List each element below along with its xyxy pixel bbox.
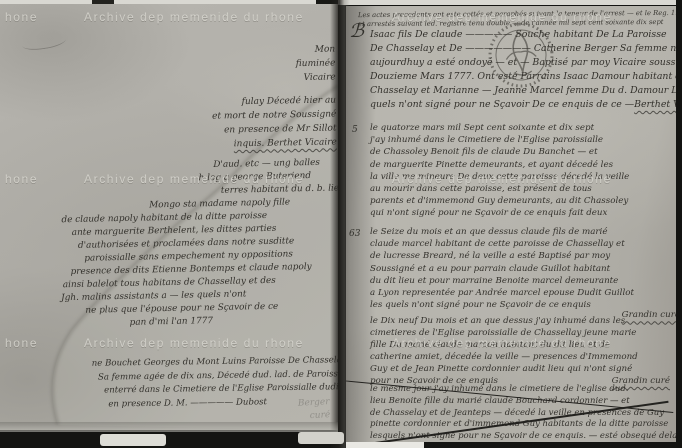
handwriting-line: de lucresse Breard, né la veille a esté … xyxy=(370,250,676,262)
left-marriage-record: D'aud. etc — ung balles h log a george B… xyxy=(0,157,338,333)
margin-initial: ℬ xyxy=(349,24,364,38)
handwriting-line: fille Du marié claude marcon habitant du… xyxy=(370,339,676,351)
handwriting-line: quels n'ont signé pour ne Sçavoir De ce … xyxy=(370,98,634,112)
backing-highlight xyxy=(100,434,166,446)
handwriting-line: du dit lieu et pour marraine Benoite mar… xyxy=(370,275,676,287)
handwriting-line: Soussigné et a eu pour parrain claude Gu… xyxy=(370,263,676,275)
handwriting-line: j'ay inhumé dans le Cimetiere de l'Eglis… xyxy=(370,134,676,146)
book-gutter-shadow xyxy=(330,0,350,448)
burial-record: 5 le quatorze mars mil Sept cent soixant… xyxy=(346,122,676,220)
cancelled-record: le mesme jour j'ay inhumé dans le cimeti… xyxy=(346,384,676,442)
margin-mark: 5 xyxy=(352,124,358,136)
folio-header-note: Les actes precedents ont este cottés et … xyxy=(358,9,674,29)
handwriting-line: la ville me mineure De deux cette parois… xyxy=(370,171,676,183)
handwriting-line: de marguerite Pinette demeurants, et aya… xyxy=(370,159,676,171)
margin-number: 63 xyxy=(349,228,360,240)
handwriting-line: qui n'ont signé pour ne Sçavoir de ce en… xyxy=(370,207,676,219)
manuscript-scan: Mon fiuminée Vicaire fulay Décedé hier a… xyxy=(0,0,682,448)
handwriting-line: au mourir dans cette paroisse, est prése… xyxy=(370,183,676,195)
left-fragment-text: Mon fiuminée Vicaire fulay Décedé hier a… xyxy=(159,42,337,152)
handwriting-line: le Seize du mois et an que dessus claude… xyxy=(370,226,676,238)
handwriting-line: D'aud. etc — ung balles xyxy=(213,157,334,173)
handwriting-line: Chasselay et Marianne — Jeanne Marcel fe… xyxy=(370,84,676,98)
handwriting-line: le quatorze mars mil Sept cent soixante … xyxy=(370,122,676,134)
right-page: Les actes precedents ont este cottés et … xyxy=(346,6,676,442)
vicar-signature: Berthet Vicaire xyxy=(634,98,676,112)
backing-highlight xyxy=(298,432,344,444)
left-page-bottom-edge xyxy=(0,422,338,432)
handwriting-line: catherine amiet, décedée la veille — pre… xyxy=(370,351,676,363)
pencil-scribble xyxy=(21,33,66,53)
handwriting-line: Vicaire xyxy=(160,70,336,87)
baptism-record: ℬ Isaac fils De claude ————— Souche habi… xyxy=(346,28,676,112)
handwriting-line: de Chasselay et de Jeanteps — décedé la … xyxy=(370,408,676,420)
handwriting-line: Isaac fils De claude ————— Souche habita… xyxy=(370,28,676,42)
handwriting-line: parents et d'immemond Guy demeurants, au… xyxy=(370,195,676,207)
backing-highlight xyxy=(346,442,424,448)
scan-right-edge xyxy=(676,0,682,448)
handwriting-line: terres habitant du d. b. lieu xyxy=(221,182,335,197)
handwriting-line: cimetieres de l'Eglise paroissialle de C… xyxy=(370,327,676,339)
handwriting-line: De Chasselay et De ——————— Catherine Ber… xyxy=(370,42,676,56)
handwriting-line: le mesme jour j'ay inhumé dans le cimeti… xyxy=(370,384,676,396)
handwriting-line: claude marcel habitant de cette paroisse… xyxy=(370,238,676,250)
vicar-signature: inquis. Berthet Vicaire xyxy=(161,135,337,152)
handwriting-line: Douzieme Mars 1777. Ont esté Parrains Is… xyxy=(370,70,676,84)
handwriting-line: aujourdhuy a esté ondoyé — et — Baptisé … xyxy=(370,56,676,70)
handwriting-line: de Chassoley Benoit fils de claude Du Ba… xyxy=(370,146,676,158)
burial-record: le Dix neuf Du mois et an que dessus j'a… xyxy=(346,315,676,387)
handwriting-line: a Lyon representée par Andrée marcel epo… xyxy=(370,287,676,299)
left-page: Mon fiuminée Vicaire fulay Décedé hier a… xyxy=(0,4,338,430)
handwriting-line: le Dix neuf Du mois et an que dessus j'a… xyxy=(370,315,676,327)
handwriting-line: Guy et de Jean Pinette cordonnier audit … xyxy=(370,363,676,375)
baptism-record: 63 le Seize du mois et an que dessus cla… xyxy=(346,226,676,322)
